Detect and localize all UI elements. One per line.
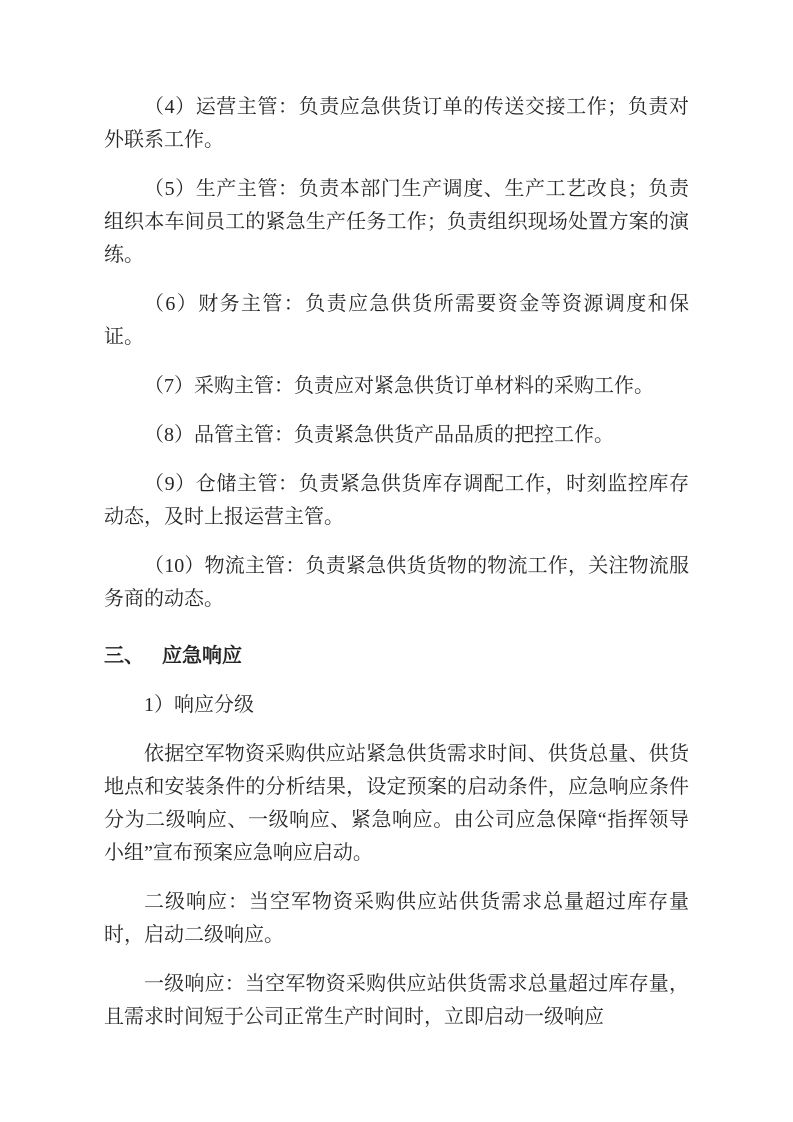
body-paragraph: （5）生产主管：负责本部门生产调度、生产工艺改良；负责组织本车间员工的紧急生产任… <box>104 173 689 272</box>
section-number: 三、 <box>104 645 144 667</box>
body-paragraph: （8）品管主管：负责紧急供货产品品质的把控工作。 <box>104 419 689 452</box>
document-content: （4）运营主管：负责应急供货订单的传送交接工作；负责对外联系工作。（5）生产主管… <box>0 0 793 1034</box>
body-paragraph: 一级响应：当空军物资采购供应站供货需求总量超过库存量，且需求时间短于公司正常生产… <box>104 968 689 1034</box>
section-title: 应急响应 <box>162 645 242 667</box>
document-page: （4）运营主管：负责应急供货订单的传送交接工作；负责对外联系工作。（5）生产主管… <box>0 0 793 1122</box>
body-paragraph: （10）物流主管：负责紧急供货货物的物流工作，关注物流服务商的动态。 <box>104 550 689 616</box>
body-paragraph: （4）运营主管：负责应急供货订单的传送交接工作；负责对外联系工作。 <box>104 91 689 157</box>
body-paragraph: 1）响应分级 <box>104 689 689 722</box>
body-paragraph: （9）仓储主管：负责紧急供货库存调配工作，时刻监控库存动态，及时上报运营主管。 <box>104 468 689 534</box>
body-paragraph: 依据空军物资采购供应站紧急供货需求时间、供货总量、供货地点和安装条件的分析结果，… <box>104 738 689 870</box>
section-heading: 三、应急响应 <box>104 640 689 673</box>
body-paragraph: 二级响应：当空军物资采购供应站供货需求总量超过库存量时，启动二级响应。 <box>104 886 689 952</box>
body-paragraph: （6）财务主管：负责应急供货所需要资金等资源调度和保证。 <box>104 288 689 354</box>
body-paragraph: （7）采购主管：负责应对紧急供货订单材料的采购工作。 <box>104 370 689 403</box>
